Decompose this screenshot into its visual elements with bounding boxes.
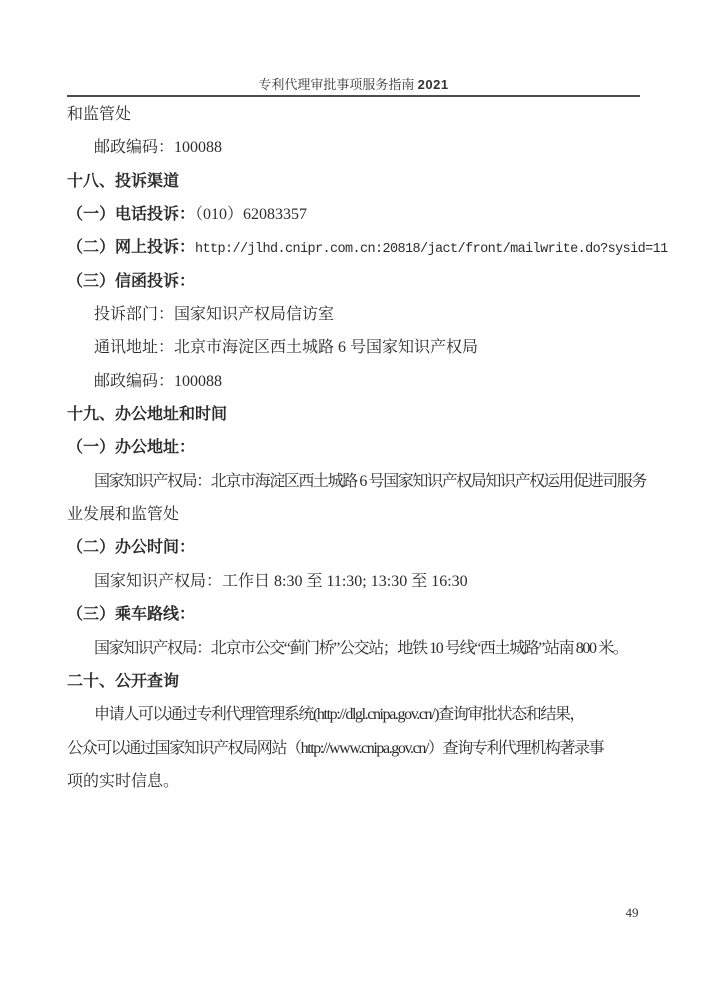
line-label: （一）电话投诉： bbox=[67, 206, 195, 223]
line-label: （二）网上投诉： bbox=[67, 239, 195, 256]
line-text: 公众可以通过国家知识产权局网站（http://www.cnipa.gov.cn/… bbox=[67, 740, 603, 757]
document-line: 申请人可以通过专利代理管理系统(http://dlgl.cnipa.gov.cn… bbox=[67, 698, 640, 731]
line-text: 投诉部门：国家知识产权局信访室 bbox=[94, 306, 334, 323]
document-line: （三）信函投诉： bbox=[67, 265, 640, 298]
document-line: 业发展和监管处 bbox=[67, 498, 640, 531]
line-text: 国家知识产权局：北京市海淀区西土城路 6 号国家知识产权局知识产权运用促进司服务 bbox=[94, 473, 646, 490]
line-label: （三）乘车路线： bbox=[67, 606, 195, 623]
document-line: 投诉部门：国家知识产权局信访室 bbox=[67, 298, 640, 331]
document-line: 项的实时信息。 bbox=[67, 765, 640, 798]
document-line: 通讯地址：北京市海淀区西土城路 6 号国家知识产权局 bbox=[67, 331, 640, 364]
line-text: 业发展和监管处 bbox=[67, 506, 179, 523]
document-line: 国家知识产权局：工作日 8:30 至 11:30; 13:30 至 16:30 bbox=[67, 565, 640, 598]
document-line: 邮政编码：100088 bbox=[67, 131, 640, 164]
line-text: （010）62083357 bbox=[195, 206, 307, 223]
document-page: 专利代理审批事项服务指南 2021 和监管处邮政编码：100088十八、投诉渠道… bbox=[0, 0, 707, 1000]
document-line: （三）乘车路线： bbox=[67, 598, 640, 631]
document-line: （二）办公时间： bbox=[67, 531, 640, 564]
line-text: 十九、办公地址和时间 bbox=[67, 406, 227, 423]
document-line: （二）网上投诉：http://jlhd.cnipr.com.cn:20818/j… bbox=[67, 231, 640, 264]
document-line: 二十、公开查询 bbox=[67, 665, 640, 698]
line-label: （三）信函投诉： bbox=[67, 273, 195, 290]
header-rule bbox=[67, 95, 640, 97]
line-text: 通讯地址：北京市海淀区西土城路 6 号国家知识产权局 bbox=[94, 339, 478, 356]
line-text: 二十、公开查询 bbox=[67, 673, 179, 690]
running-header-year: 2021 bbox=[418, 77, 449, 92]
line-text: 和监管处 bbox=[67, 106, 131, 123]
document-line: 国家知识产权局：北京市公交“蓟门桥”公交站；地铁 10 号线“西土城路”站南 8… bbox=[67, 632, 640, 665]
document-line: （一）办公地址： bbox=[67, 431, 640, 464]
line-text: 十八、投诉渠道 bbox=[67, 173, 179, 190]
document-line: 邮政编码：100088 bbox=[67, 365, 640, 398]
document-line: 国家知识产权局：北京市海淀区西土城路 6 号国家知识产权局知识产权运用促进司服务 bbox=[67, 465, 640, 498]
page-number: 49 bbox=[618, 903, 646, 923]
document-line: 和监管处 bbox=[67, 98, 640, 131]
line-text: 项的实时信息。 bbox=[67, 773, 179, 790]
line-text: http://jlhd.cnipr.com.cn:20818/jact/fron… bbox=[195, 242, 668, 257]
document-line: 公众可以通过国家知识产权局网站（http://www.cnipa.gov.cn/… bbox=[67, 732, 640, 765]
line-text: 邮政编码：100088 bbox=[94, 373, 222, 390]
document-body: 和监管处邮政编码：100088十八、投诉渠道（一）电话投诉：（010）62083… bbox=[67, 98, 640, 798]
running-header: 专利代理审批事项服务指南 2021 bbox=[67, 74, 640, 93]
line-label: （一）办公地址： bbox=[67, 439, 195, 456]
document-line: 十八、投诉渠道 bbox=[67, 165, 640, 198]
document-line: 十九、办公地址和时间 bbox=[67, 398, 640, 431]
document-line: （一）电话投诉：（010）62083357 bbox=[67, 198, 640, 231]
line-label: （二）办公时间： bbox=[67, 539, 195, 556]
line-text: 国家知识产权局：工作日 8:30 至 11:30; 13:30 至 16:30 bbox=[94, 573, 468, 590]
line-text: 国家知识产权局：北京市公交“蓟门桥”公交站；地铁 10 号线“西土城路”站南 8… bbox=[94, 640, 627, 657]
line-text: 申请人可以通过专利代理管理系统(http://dlgl.cnipa.gov.cn… bbox=[94, 706, 584, 723]
running-header-title: 专利代理审批事项服务指南 bbox=[258, 77, 414, 92]
line-text: 邮政编码：100088 bbox=[94, 139, 222, 156]
